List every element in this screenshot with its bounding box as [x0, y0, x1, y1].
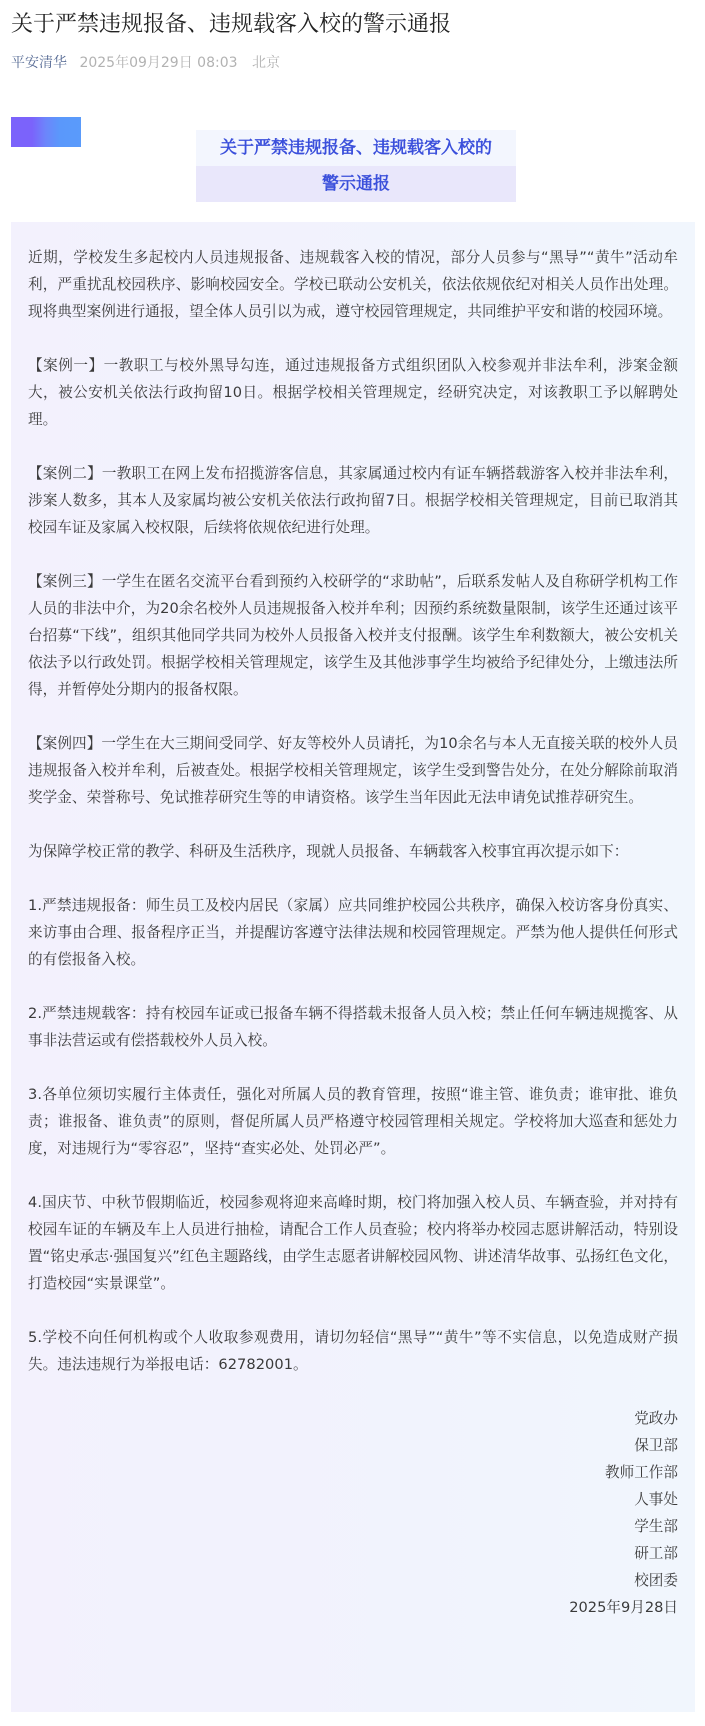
- reminder-item-4: 4.国庆节、中秋节假期临近，校园参观将迎来高峰时期，校门将加强入校人员、车辆查验…: [28, 1189, 678, 1297]
- reminder-item-5: 5.学校不向任何机构或个人收取参观费用，请切勿轻信“黑导”“黄牛”等不实信息，以…: [28, 1324, 678, 1378]
- signatory: 人事处: [28, 1486, 678, 1513]
- intro-paragraph: 近期，学校发生多起校内人员违规报备、违规载客入校的情况，部分人员参与“黑导”“黄…: [28, 244, 678, 325]
- signature-date: 2025年9月28日: [28, 1594, 678, 1621]
- reminder-intro-paragraph: 为保障学校正常的教学、科研及生活秩序，现就人员报备、车辆载客入校事宜再次提示如下…: [28, 838, 678, 865]
- publish-time: 2025年09月29日 08:03: [79, 55, 237, 71]
- reminder-item-2: 2.严禁违规载客：持有校园车证或已报备车辆不得搭载未报备人员入校；禁止任何车辆违…: [28, 1000, 678, 1054]
- signature-block: 党政办 保卫部 教师工作部 人事处 学生部 研工部 校团委 2025年9月28日: [28, 1405, 678, 1621]
- notice-banner: 关于严禁违规报备、违规载客入校的 警示通报: [196, 130, 516, 202]
- case-3-paragraph: 【案例三】一学生在匿名交流平台看到预约入校研学的“求助帖”，后联系发帖人及自称研…: [28, 568, 678, 703]
- signatory: 保卫部: [28, 1432, 678, 1459]
- publish-location: 北京: [252, 55, 280, 71]
- source-account-link[interactable]: 平安清华: [11, 55, 67, 71]
- reminder-item-1: 1.严禁违规报备：师生员工及校内居民（家属）应共同维护校园公共秩序，确保入校访客…: [28, 892, 678, 973]
- banner-title-line-2: 警示通报: [196, 166, 516, 202]
- banner-title-line-1: 关于严禁违规报备、违规载客入校的: [196, 130, 516, 166]
- signatory: 学生部: [28, 1513, 678, 1540]
- case-2-paragraph: 【案例二】一教职工在网上发布招揽游客信息，其家属通过校内有证车辆搭载游客入校并非…: [28, 460, 678, 541]
- article-title: 关于严禁违规报备、违规载客入校的警示通报: [11, 10, 451, 40]
- signatory: 研工部: [28, 1540, 678, 1567]
- case-4-paragraph: 【案例四】一学生在大三期间受同学、好友等校外人员请托，为10余名与本人无直接关联…: [28, 730, 678, 811]
- article-body: 近期，学校发生多起校内人员违规报备、违规载客入校的情况，部分人员参与“黑导”“黄…: [11, 222, 695, 1712]
- signatory: 校团委: [28, 1567, 678, 1594]
- decorative-gradient-bar: [11, 117, 81, 147]
- case-1-paragraph: 【案例一】一教职工与校外黑导勾连，通过违规报备方式组织团队入校参观并非法牟利，涉…: [28, 352, 678, 433]
- article-meta: 平安清华 2025年09月29日 08:03 北京: [11, 53, 280, 73]
- signatory: 教师工作部: [28, 1459, 678, 1486]
- reminder-item-3: 3.各单位须切实履行主体责任，强化对所属人员的教育管理，按照“谁主管、谁负责；谁…: [28, 1081, 678, 1162]
- signatory: 党政办: [28, 1405, 678, 1432]
